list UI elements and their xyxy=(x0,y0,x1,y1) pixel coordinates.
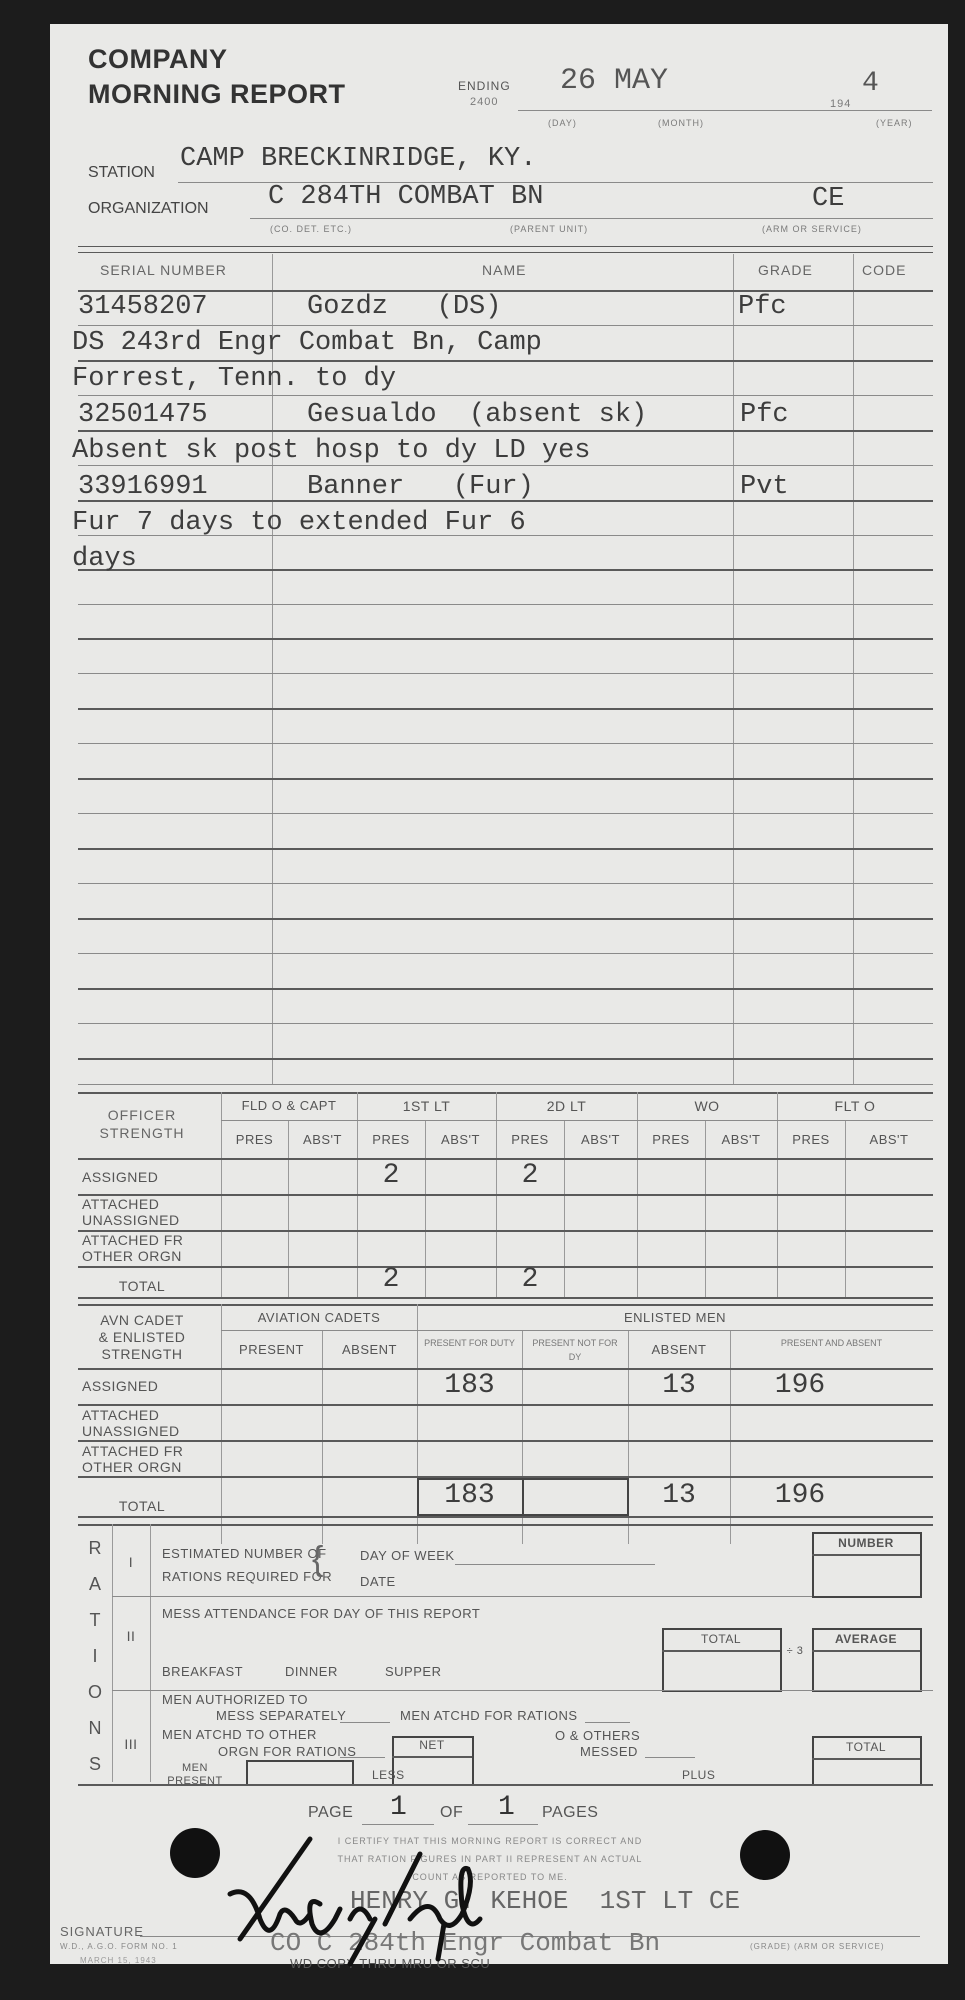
rations-date-label: DATE xyxy=(360,1574,396,1589)
men-atchd-rations-field[interactable] xyxy=(585,1722,630,1723)
roster-line xyxy=(78,1023,933,1024)
year-prefix: 194 xyxy=(830,98,851,110)
side-letter: O xyxy=(78,1674,112,1710)
form-id: W.D., A.G.O. FORM NO. 1 xyxy=(60,1942,178,1951)
of-label: OF xyxy=(440,1804,463,1822)
sub-cadets-present: PRESENT xyxy=(221,1342,322,1357)
rations-estimated-label: ESTIMATED NUMBER OF xyxy=(162,1546,327,1561)
roster-divider-code xyxy=(853,254,854,1084)
roster-line xyxy=(78,430,933,432)
caption-arm: (ARM OR SERVICE) xyxy=(762,224,862,234)
header-rule-2 xyxy=(78,252,933,253)
enlisted-total-present-for-duty: 183 xyxy=(417,1480,522,1511)
enlisted-total-absent: 13 xyxy=(628,1480,730,1511)
officer-row-attached-unassigned: ATTACHED UNASSIGNED xyxy=(82,1196,180,1228)
net-box-rule xyxy=(392,1756,472,1758)
date-line xyxy=(518,110,878,111)
enlisted-row-attached-other: ATTACHED FR OTHER ORGN xyxy=(82,1443,183,1475)
enlisted-row-total: TOTAL xyxy=(78,1498,206,1514)
roster-line xyxy=(78,1058,933,1060)
mess-separately-field[interactable] xyxy=(340,1722,390,1723)
ending-label: ENDING xyxy=(458,79,511,93)
officer-row-assigned: ASSIGNED xyxy=(82,1169,158,1185)
row-label: ATTACHED xyxy=(82,1407,180,1423)
mess-total-label: TOTAL xyxy=(662,1632,780,1646)
officer-top-rule xyxy=(78,1092,933,1094)
enlisted-title-line: & ENLISTED xyxy=(78,1329,206,1346)
officer-strength-title: OFFICER STRENGTH xyxy=(78,1106,206,1142)
enlisted-total-box-divider xyxy=(522,1478,524,1514)
roster-name: Gesualdo (absent sk) xyxy=(307,400,647,430)
officer-sub-pres: PRES xyxy=(357,1132,425,1147)
men-authorized-label: MEN AUTHORIZED TO xyxy=(162,1692,308,1707)
mess-separately-label: MESS SEPARATELY xyxy=(216,1708,346,1723)
men-present-line: PRESENT xyxy=(150,1775,240,1788)
officer-group-2d-lt: 2D LT xyxy=(496,1098,637,1114)
rations-total-label: TOTAL xyxy=(812,1740,920,1754)
side-letter: N xyxy=(78,1710,112,1746)
rations-section-rule xyxy=(112,1596,812,1597)
roster-line xyxy=(78,1084,933,1085)
rations-section-ii-numeral: II xyxy=(112,1628,150,1644)
roster-divider-grade xyxy=(733,254,734,1084)
roster-line xyxy=(78,360,933,362)
less-label: LESS xyxy=(372,1768,405,1782)
row-label: OTHER ORGN xyxy=(82,1459,183,1475)
signature-label: SIGNATURE xyxy=(60,1924,144,1939)
month-caption: (MONTH) xyxy=(658,118,704,128)
officer-row-total: TOTAL xyxy=(78,1278,206,1294)
enlisted-assigned-present-and-absent: 196 xyxy=(730,1370,870,1401)
side-letter: A xyxy=(78,1566,112,1602)
roster-line xyxy=(78,848,933,850)
form-date: MARCH 15, 1943 xyxy=(80,1956,157,1965)
roster-serial: 32501475 xyxy=(78,400,208,430)
officer-title-line1: OFFICER xyxy=(78,1106,206,1124)
men-present-box[interactable] xyxy=(246,1760,354,1784)
enlisted-col-line xyxy=(730,1330,731,1544)
mess-attendance-title: MESS ATTENDANCE FOR DAY OF THIS REPORT xyxy=(162,1606,480,1621)
side-letter: I xyxy=(78,1638,112,1674)
roster-line xyxy=(78,813,933,814)
officer-sub-abst: ABS'T xyxy=(288,1132,357,1147)
report-year: 4 xyxy=(862,68,879,99)
title-morning-report: MORNING REPORT xyxy=(88,79,346,110)
roster-grade: Pfc xyxy=(740,400,789,430)
roster-name: Banner (Fur) xyxy=(307,472,534,502)
organization-line xyxy=(250,218,933,219)
side-letter: T xyxy=(78,1602,112,1638)
rations-brace: { xyxy=(312,1540,323,1579)
roster-line xyxy=(78,918,933,920)
officer-group-fld-capt: FLD O & CAPT xyxy=(221,1098,357,1113)
officer-sub-pres: PRES xyxy=(637,1132,705,1147)
sub-cadets-absent: ABSENT xyxy=(322,1342,417,1357)
officer-row-rule xyxy=(78,1194,933,1196)
roster-line xyxy=(78,743,933,744)
officer-group-wo: WO xyxy=(637,1098,777,1114)
men-atchd-other-label: MEN ATCHD TO OTHER xyxy=(162,1727,317,1742)
officer-bottom-rule xyxy=(78,1297,933,1299)
sub-present-and-absent: PRESENT AND ABSENT xyxy=(740,1336,923,1350)
page-label: PAGE xyxy=(308,1804,353,1822)
roster-name: Gozdz (DS) xyxy=(307,292,501,322)
roster-remark: DS 243rd Engr Combat Bn, Camp xyxy=(72,328,542,358)
roster-serial: 33916991 xyxy=(78,472,208,502)
roster-line xyxy=(78,673,933,674)
enlisted-total-present-and-absent: 196 xyxy=(730,1480,870,1511)
group-aviation-cadets: AVIATION CADETS xyxy=(221,1310,417,1325)
year-line xyxy=(860,110,932,111)
plus-label: PLUS xyxy=(682,1768,715,1782)
roster-line xyxy=(78,708,933,710)
day-caption: (DAY) xyxy=(548,118,577,128)
station-value: CAMP BRECKINRIDGE, KY. xyxy=(180,144,536,174)
men-atchd-rations-label: MEN ATCHD FOR RATIONS xyxy=(400,1708,578,1723)
enlisted-row-assigned: ASSIGNED xyxy=(82,1378,158,1394)
morning-report-form: COMPANY MORNING REPORT ENDING 2400 26 MA… xyxy=(50,24,948,1964)
mess-average-rule xyxy=(812,1650,920,1652)
sub-present-not-for-duty: PRESENT NOT FOR DY xyxy=(527,1336,623,1364)
officer-group-flt-o: FLT O xyxy=(777,1098,933,1114)
row-label: ATTACHED xyxy=(82,1196,180,1212)
orgn-for-rations-field[interactable] xyxy=(340,1757,385,1758)
enlisted-top-rule xyxy=(78,1304,933,1306)
col-header-name: NAME xyxy=(482,262,526,278)
mess-supper-label: SUPPER xyxy=(385,1664,441,1679)
mess-breakfast-label: BREAKFAST xyxy=(162,1664,243,1679)
mess-total-rule xyxy=(662,1650,780,1652)
report-day-month: 26 MAY xyxy=(560,64,668,98)
group-enlisted-men: ENLISTED MEN xyxy=(417,1310,933,1325)
row-label: OTHER ORGN xyxy=(82,1248,183,1264)
col-header-code: CODE xyxy=(862,262,906,278)
officer-2d-lt-total: 2 xyxy=(496,1264,564,1295)
rations-side-label: R A T I O N S xyxy=(78,1530,112,1782)
rations-total-rule xyxy=(812,1758,920,1760)
officer-sub-abst: ABS'T xyxy=(845,1132,933,1147)
col-header-grade: GRADE xyxy=(758,262,813,278)
station-label: STATION xyxy=(88,164,155,182)
sub-present-for-duty: PRESENT FOR DUTY xyxy=(422,1336,517,1350)
rations-top-rule xyxy=(78,1524,933,1526)
enlisted-col-line xyxy=(322,1330,323,1544)
rations-required-label: RATIONS REQUIRED FOR xyxy=(162,1569,332,1584)
row-label: UNASSIGNED xyxy=(82,1423,180,1439)
officer-2d-lt-assigned: 2 xyxy=(496,1160,564,1191)
officer-sub-abst: ABS'T xyxy=(425,1132,496,1147)
roster-line xyxy=(78,988,933,990)
roster-line xyxy=(78,778,933,780)
number-box-rule xyxy=(812,1554,920,1556)
roster-grade: Pfc xyxy=(738,292,787,322)
roster-line xyxy=(78,638,933,640)
officer-sub-pres: PRES xyxy=(777,1132,845,1147)
men-present-line: MEN xyxy=(150,1762,240,1775)
officer-group-1st-lt: 1ST LT xyxy=(357,1098,496,1114)
officer-row-rule xyxy=(78,1230,933,1232)
roster-line xyxy=(78,953,933,954)
row-label: UNASSIGNED xyxy=(82,1212,180,1228)
officer-title-line2: STRENGTH xyxy=(78,1124,206,1142)
enlisted-strength-title: AVN CADET & ENLISTED STRENGTH xyxy=(78,1312,206,1363)
roster-serial: 31458207 xyxy=(78,292,208,322)
year-caption: (YEAR) xyxy=(876,118,913,128)
page-number: 1 xyxy=(390,1792,407,1823)
others-messed-field[interactable] xyxy=(645,1757,695,1758)
rations-bottom-rule xyxy=(78,1784,933,1786)
side-letter: S xyxy=(78,1746,112,1782)
handwritten-signature-icon xyxy=(200,1824,500,1974)
sub-enlisted-absent: ABSENT xyxy=(628,1342,730,1357)
enlisted-title-line: AVN CADET xyxy=(78,1312,206,1329)
rations-number-label: NUMBER xyxy=(812,1536,920,1550)
roster-remark: days xyxy=(72,544,137,574)
roster-line xyxy=(78,604,933,605)
organization-value: C 284TH COMBAT BN xyxy=(268,182,543,212)
divide-by-three: ÷ 3 xyxy=(782,1642,808,1660)
day-of-week-field[interactable] xyxy=(455,1564,655,1565)
officer-row-attached-other: ATTACHED FR OTHER ORGN xyxy=(82,1232,183,1264)
col-header-serial: SERIAL NUMBER xyxy=(100,262,227,278)
roster-remark: Fur 7 days to extended Fur 6 xyxy=(72,508,526,538)
organization-arm: CE xyxy=(812,184,844,214)
organization-label: ORGANIZATION xyxy=(88,200,209,218)
rations-section-rule xyxy=(112,1690,933,1691)
officer-group-rule xyxy=(221,1120,933,1121)
enlisted-row-rule xyxy=(78,1404,933,1406)
roster-remark: Absent sk post hosp to dy LD yes xyxy=(72,436,590,466)
roster-line xyxy=(78,569,933,571)
row-label: ATTACHED FR xyxy=(82,1443,183,1459)
roster-line xyxy=(78,883,933,884)
mess-average-label: AVERAGE xyxy=(812,1632,920,1646)
title-company: COMPANY xyxy=(88,44,228,75)
officer-1st-lt-assigned: 2 xyxy=(357,1160,425,1191)
ending-time: 2400 xyxy=(470,96,498,108)
caption-co: (CO. DET. ETC.) xyxy=(270,224,352,234)
rations-section-iii-numeral: III xyxy=(112,1736,150,1752)
side-letter: R xyxy=(78,1530,112,1566)
roster-line xyxy=(78,395,933,396)
roster-line xyxy=(78,325,933,326)
officer-sub-pres: PRES xyxy=(221,1132,288,1147)
net-label: NET xyxy=(392,1738,472,1752)
orgn-for-rations-label: ORGN FOR RATIONS xyxy=(218,1744,356,1759)
enlisted-assigned-present-for-duty: 183 xyxy=(417,1370,522,1401)
officer-sub-abst: ABS'T xyxy=(564,1132,637,1147)
enlisted-assigned-absent: 13 xyxy=(628,1370,730,1401)
enlisted-title-line: STRENGTH xyxy=(78,1346,206,1363)
roster-remark: Forrest, Tenn. to dy xyxy=(72,364,396,394)
officer-sub-abst: ABS'T xyxy=(705,1132,777,1147)
enlisted-col-line xyxy=(221,1304,222,1544)
caption-parent: (PARENT UNIT) xyxy=(510,224,588,234)
enlisted-row-attached-unassigned: ATTACHED UNASSIGNED xyxy=(82,1407,180,1439)
mess-dinner-label: DINNER xyxy=(285,1664,338,1679)
rations-numeral-col xyxy=(150,1524,151,1782)
header-rule-1 xyxy=(78,246,933,247)
enlisted-row-rule xyxy=(78,1440,933,1442)
officer-sub-pres: PRES xyxy=(496,1132,564,1147)
messed-label: MESSED xyxy=(580,1744,638,1759)
rations-section-i-numeral: I xyxy=(112,1554,150,1570)
officer-1st-lt-total: 2 xyxy=(357,1264,425,1295)
pages-label: PAGES xyxy=(542,1804,598,1822)
enlisted-group-rule xyxy=(221,1330,933,1331)
rations-day-of-week-label: DAY OF WEEK xyxy=(360,1548,455,1563)
signature-captions: (GRADE) (ARM OR SERVICE) xyxy=(750,1942,885,1951)
others-messed-label: O & OTHERS xyxy=(555,1728,640,1743)
page-total: 1 xyxy=(498,1792,515,1823)
enlisted-row-rule xyxy=(78,1516,933,1518)
row-label: ATTACHED FR xyxy=(82,1232,183,1248)
roster-grade: Pvt xyxy=(740,472,789,502)
